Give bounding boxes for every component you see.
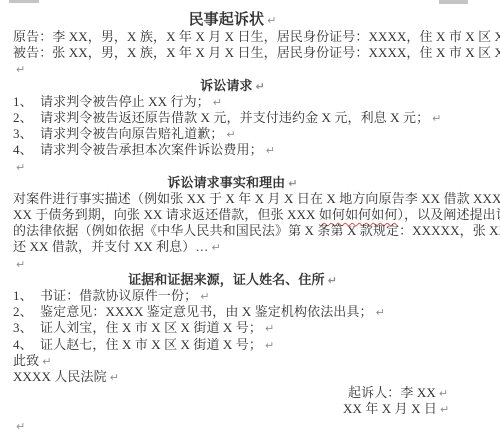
facts-section-heading-row: 诉讼请求事实和理由↵ [13, 175, 452, 191]
paragraph-mark-icon: ↵ [266, 144, 275, 157]
blank-line: ↵ [13, 256, 484, 272]
document-title-row: 民事起诉状↵ [13, 10, 452, 29]
paragraph-mark-icon: ↵ [213, 96, 222, 109]
paragraph-mark-icon: ↵ [16, 420, 25, 433]
paragraph-mark-icon: ↵ [16, 161, 25, 174]
paragraph-mark-icon: ↵ [440, 403, 449, 416]
paragraph-mark-icon: ↵ [256, 80, 265, 93]
evidence-item: 1、书证：借款协议原件一份；↵ [13, 288, 484, 304]
evidence-item-text: 鉴定意见：XXXX 鉴定意见书，由 X 鉴定机构依法出具； [40, 304, 373, 319]
evidence-item-text: 证人赵七，住 X 市 X 区 X 街道 X 号； [40, 337, 262, 352]
blank-line: ↵ [13, 418, 484, 434]
claim-item: 1、请求判令被告停止 XX 行为；↵ [13, 94, 484, 110]
claim-item: 3、请求判令被告向原告赔礼道歉；↵ [13, 126, 484, 142]
evidence-item: 3、证人刘宝，住 X 市 X 区 X 街道 X 号；↵ [13, 320, 484, 336]
court-name: XXXX 人民法院 [13, 369, 107, 384]
facts-text: 还 XX 借款，并支付 XX 利息）… [13, 239, 208, 254]
claim-item-number: 2、 [13, 110, 40, 126]
paragraph-mark-icon: ↵ [439, 387, 448, 400]
evidence-item: 2、鉴定意见：XXXX 鉴定意见书，由 X 鉴定机构依法出具；↵ [13, 304, 484, 320]
screenshot-edge-artifact-right [439, 0, 468, 4]
evidence-section-heading: 证据和证据来源，证人姓名、住所 [128, 272, 325, 287]
signature-date-line: XX 年 X 月 X 日↵ [13, 401, 484, 417]
facts-paragraph-line: 的法律依据（例如依据《中华人民共和国民法》第 X 条第 X 款规定：XXXXX，… [13, 223, 484, 239]
signer-name: 起诉人：李 XX [348, 385, 436, 400]
facts-text: 的法律依据（例如依据《中华人民共和国民法》第 X 条第 X 款规定：XXXXX，… [13, 223, 500, 238]
blank-line: ↵ [13, 61, 484, 77]
claims-section-heading-row: 诉讼请求↵ [13, 78, 452, 94]
paragraph-mark-icon: ↵ [16, 258, 25, 271]
paragraph-mark-icon: ↵ [288, 177, 297, 190]
claim-item-number: 3、 [13, 126, 40, 142]
evidence-section-heading-row: 证据和证据来源，证人姓名、住所↵ [13, 272, 452, 288]
claim-item-text: 请求判令被告向原告赔礼道歉； [40, 126, 223, 141]
facts-paragraph-line: XX 于债务到期，向张 XX 请求返还借款，但张 XXX 如何如何如何），以及阐… [13, 207, 484, 223]
paragraph-mark-icon: ↵ [110, 371, 119, 384]
evidence-item-text: 书证：借款协议原件一份； [40, 288, 197, 303]
document-page: 民事起诉状↵ 原告：李 XX，男，X 族，X 年 X 月 X 日生，居民身份证号… [0, 0, 500, 434]
paragraph-mark-icon: ↵ [42, 355, 51, 368]
evidence-item-number: 1、 [13, 288, 40, 304]
document-title: 民事起诉状 [189, 12, 265, 28]
paragraph-mark-icon: ↵ [16, 63, 25, 76]
facts-text: XX 于债务到期，向张 XX 请求返还借款，但张 XXX [13, 207, 319, 222]
court-name-line: XXXX 人民法院↵ [13, 369, 484, 385]
claim-item-number: 4、 [13, 142, 40, 158]
claim-item-text: 请求判令被告返还原告借款 X 元，并支付违约金 X 元，利息 X 元； [40, 110, 429, 125]
blank-line: ↵ [13, 159, 484, 175]
paragraph-mark-icon: ↵ [211, 241, 220, 254]
facts-section-heading: 诉讼请求事实和理由 [167, 175, 285, 190]
claim-item: 4、请求判令被告承担本次案件诉讼费用；↵ [13, 142, 484, 158]
paragraph-mark-icon: ↵ [200, 290, 209, 303]
claim-item-text: 请求判令被告承担本次案件诉讼费用； [40, 142, 263, 157]
evidence-item: 4、证人赵七，住 X 市 X 区 X 街道 X 号；↵ [13, 337, 484, 353]
evidence-item-number: 3、 [13, 320, 40, 336]
plaintiff-line: 原告：李 XX，男，X 族，X 年 X 月 X 日生，居民身份证号：XXXX，住… [13, 29, 484, 45]
claim-item-text: 请求判令被告停止 XX 行为； [40, 94, 210, 109]
signer-line: 起诉人：李 XX↵ [13, 385, 484, 401]
paragraph-mark-icon: ↵ [226, 128, 235, 141]
paragraph-mark-icon: ↵ [328, 274, 337, 287]
closing-salute-line: 此致↵ [13, 353, 484, 369]
paragraph-mark-icon: ↵ [265, 322, 274, 335]
claim-item-number: 1、 [13, 94, 40, 110]
evidence-item-text: 证人刘宝，住 X 市 X 区 X 街道 X 号； [40, 320, 262, 335]
spellcheck-flagged-text: 如何如何如何 [319, 207, 398, 222]
signature-date: XX 年 X 月 X 日 [343, 401, 437, 416]
evidence-item-number: 2、 [13, 304, 40, 320]
civil-complaint-document: 民事起诉状↵ 原告：李 XX，男，X 族，X 年 X 月 X 日生，居民身份证号… [13, 10, 484, 434]
claim-item: 2、请求判令被告返还原告借款 X 元，并支付违约金 X 元，利息 X 元；↵ [13, 110, 484, 126]
paragraph-mark-icon: ↵ [376, 306, 385, 319]
facts-paragraph-line: 对案件进行事实描述（例如张 XX 于 X 年 X 月 X 日在 X 地方向原告李… [13, 191, 484, 207]
defendant-line: 被告：张 XX，男，X 族，X 年 X 月 X 日生，居民身份证号：XXXX，住… [13, 45, 484, 61]
paragraph-mark-icon: ↵ [267, 14, 276, 27]
evidence-item-number: 4、 [13, 337, 40, 353]
defendant-text: 被告：张 XX，男，X 族，X 年 X 月 X 日生，居民身份证号：XXXX，住… [13, 45, 500, 60]
claims-section-heading: 诉讼请求 [200, 78, 252, 93]
facts-text: ），以及阐述提出诉讼请求 [397, 207, 500, 222]
plaintiff-text: 原告：李 XX，男，X 族，X 年 X 月 X 日生，居民身份证号：XXXX，住… [13, 29, 500, 44]
paragraph-mark-icon: ↵ [432, 112, 441, 125]
closing-salute: 此致 [13, 353, 39, 368]
paragraph-mark-icon: ↵ [265, 339, 274, 352]
facts-paragraph-line: 还 XX 借款，并支付 XX 利息）…↵ [13, 239, 484, 255]
facts-text: 对案件进行事实描述（例如张 XX 于 X 年 X 月 X 日在 X 地方向原告李… [13, 191, 500, 206]
screenshot-edge-artifact-left [9, 0, 39, 3]
